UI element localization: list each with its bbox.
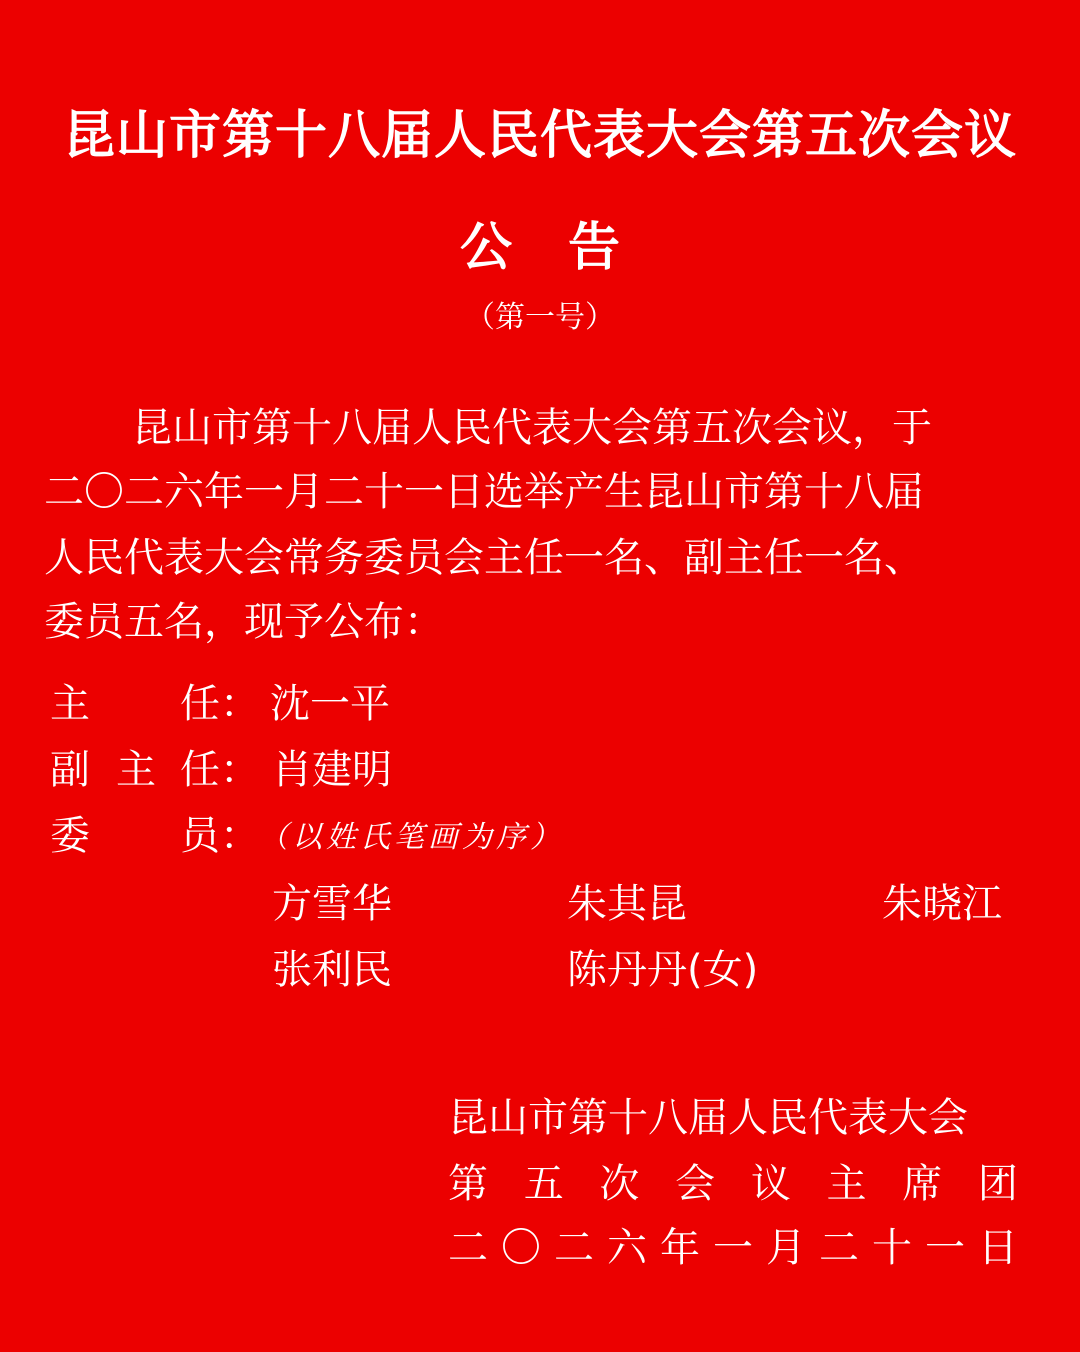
- presidium-char: 次: [599, 1152, 639, 1216]
- presidium-char: 第: [448, 1152, 488, 1216]
- deputy-label-b: 主: [116, 738, 156, 802]
- presidium-char: 会: [675, 1152, 715, 1216]
- document-title: 昆山市第十八届人民代表大会第五次会议: [0, 100, 1080, 172]
- director-label-b: 任：: [180, 672, 260, 736]
- date-char: 一: [713, 1216, 753, 1280]
- heading-char-gao: 告: [568, 217, 620, 278]
- body-line-4: 委员五名，现予公布：: [44, 590, 1034, 654]
- date-char: 二: [554, 1216, 594, 1280]
- director-name: 沈一平: [270, 672, 390, 736]
- deputy-director-name: 肖建明: [272, 738, 392, 802]
- member-name-3: 朱晓江: [882, 872, 1002, 936]
- presidium-char: 议: [751, 1152, 791, 1216]
- date-char: 〇: [501, 1216, 541, 1280]
- presidium-char: 团: [978, 1152, 1018, 1216]
- members-label-b: 员：: [180, 804, 260, 868]
- date-char: 二: [448, 1216, 488, 1280]
- signature-organization: 昆山市第十八届人民代表大会: [448, 1086, 968, 1150]
- announcement-heading: 公告: [0, 212, 1080, 284]
- presidium-char: 席: [902, 1152, 942, 1216]
- presidium-char: 主: [827, 1152, 867, 1216]
- signature-presidium: 第 五 次 会 议 主 席 团: [448, 1152, 1018, 1216]
- member-name-2: 朱其昆: [567, 872, 687, 936]
- announcement-number: （第一号）: [0, 296, 1080, 340]
- body-line-2: 二〇二六年一月二十一日选举产生昆山市第十八届: [44, 460, 1034, 524]
- date-char: 一: [925, 1216, 965, 1280]
- date-char: 十: [872, 1216, 912, 1280]
- member-name-1: 方雪华: [272, 872, 392, 936]
- signature-date: 二 〇 二 六 年 一 月 二 十 一 日: [448, 1216, 1018, 1280]
- members-order-note: （以姓氏笔画为序）: [258, 806, 564, 870]
- deputy-label-c: 任：: [180, 738, 260, 802]
- presidium-char: 五: [524, 1152, 564, 1216]
- date-char: 二: [819, 1216, 859, 1280]
- deputy-label-a: 副: [50, 738, 90, 802]
- body-line-1: 昆山市第十八届人民代表大会第五次会议，于: [132, 396, 1080, 460]
- date-char: 六: [607, 1216, 647, 1280]
- date-char: 月: [766, 1216, 806, 1280]
- body-line-3: 人民代表大会常务委员会主任一名、副主任一名、: [44, 526, 1034, 590]
- member-name-5: 陈丹丹(女): [567, 938, 758, 1002]
- date-char: 日: [978, 1216, 1018, 1280]
- heading-char-gong: 公: [460, 217, 512, 278]
- director-label-a: 主: [50, 672, 90, 736]
- members-label-a: 委: [50, 804, 90, 868]
- member-name-4: 张利民: [272, 938, 392, 1002]
- date-char: 年: [660, 1216, 700, 1280]
